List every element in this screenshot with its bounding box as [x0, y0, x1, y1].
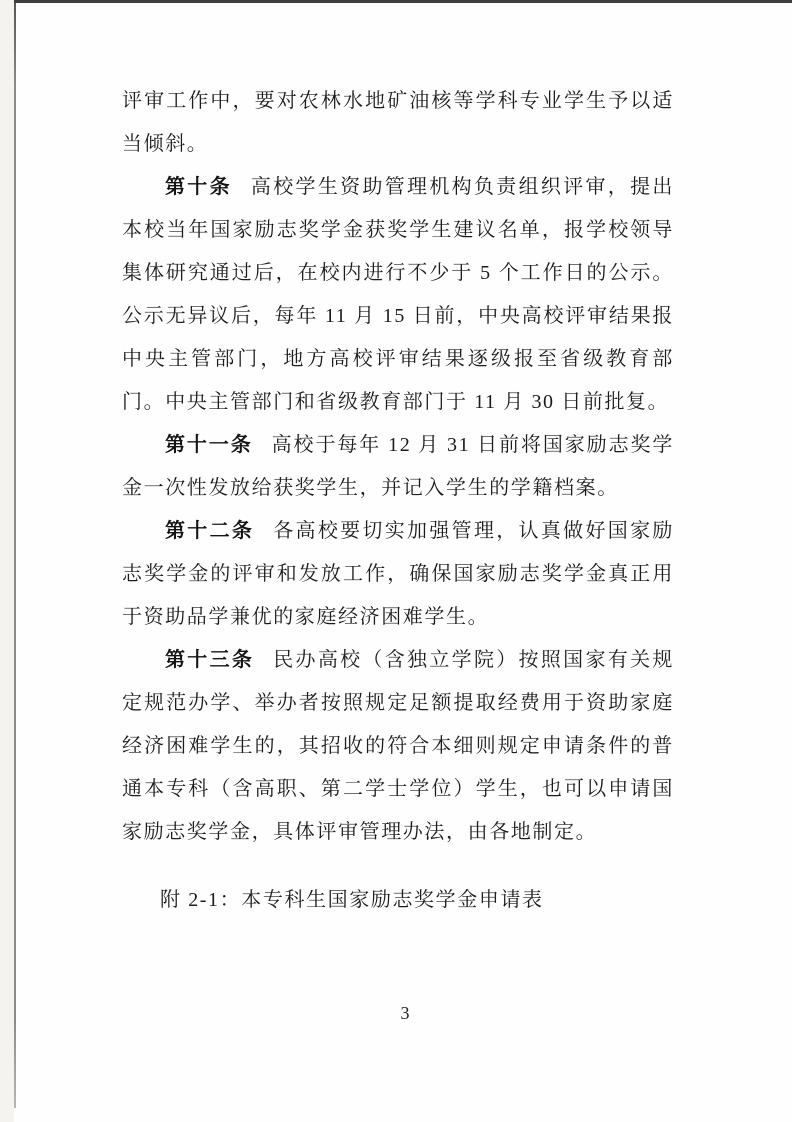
- document-body: 评审工作中，要对农林水地矿油核等学科专业学生予以适当倾斜。 第十条高校学生资助管…: [122, 80, 674, 922]
- scan-edge-left-line: [14, 0, 16, 1108]
- article-10-number: 第十条: [165, 176, 232, 198]
- paragraph-continuation: 评审工作中，要对农林水地矿油核等学科专业学生予以适当倾斜。: [122, 80, 674, 166]
- article-10-text: 高校学生资助管理机构负责组织评审，提出本校当年国家励志奖学金获奖学生建议名单，报…: [122, 176, 674, 413]
- scan-margin-left: [0, 0, 14, 1122]
- scan-edge-top-line: [14, 0, 792, 3]
- article-13-number: 第十三条: [165, 649, 254, 671]
- article-12-number: 第十二条: [165, 520, 254, 542]
- paragraph-article-11: 第十一条高校于每年 12 月 31 日前将国家励志奖学金一次性发放给获奖学生，并…: [122, 424, 674, 510]
- paragraph-article-10: 第十条高校学生资助管理机构负责组织评审，提出本校当年国家励志奖学金获奖学生建议名…: [122, 166, 674, 424]
- document-page: 评审工作中，要对农林水地矿油核等学科专业学生予以适当倾斜。 第十条高校学生资助管…: [0, 0, 792, 1122]
- paragraph-article-13: 第十三条民办高校（含独立学院）按照国家有关规定规范办学、举办者按照规定足额提取经…: [122, 639, 674, 854]
- page-number: 3: [0, 1003, 792, 1024]
- paragraph-article-12: 第十二条各高校要切实加强管理，认真做好国家励志奖学金的评审和发放工作，确保国家励…: [122, 510, 674, 639]
- attachment-reference-line: 附 2-1：本专科生国家励志奖学金申请表: [122, 879, 674, 922]
- article-13-text: 民办高校（含独立学院）按照国家有关规定规范办学、举办者按照规定足额提取经费用于资…: [122, 649, 674, 843]
- article-11-number: 第十一条: [165, 434, 253, 456]
